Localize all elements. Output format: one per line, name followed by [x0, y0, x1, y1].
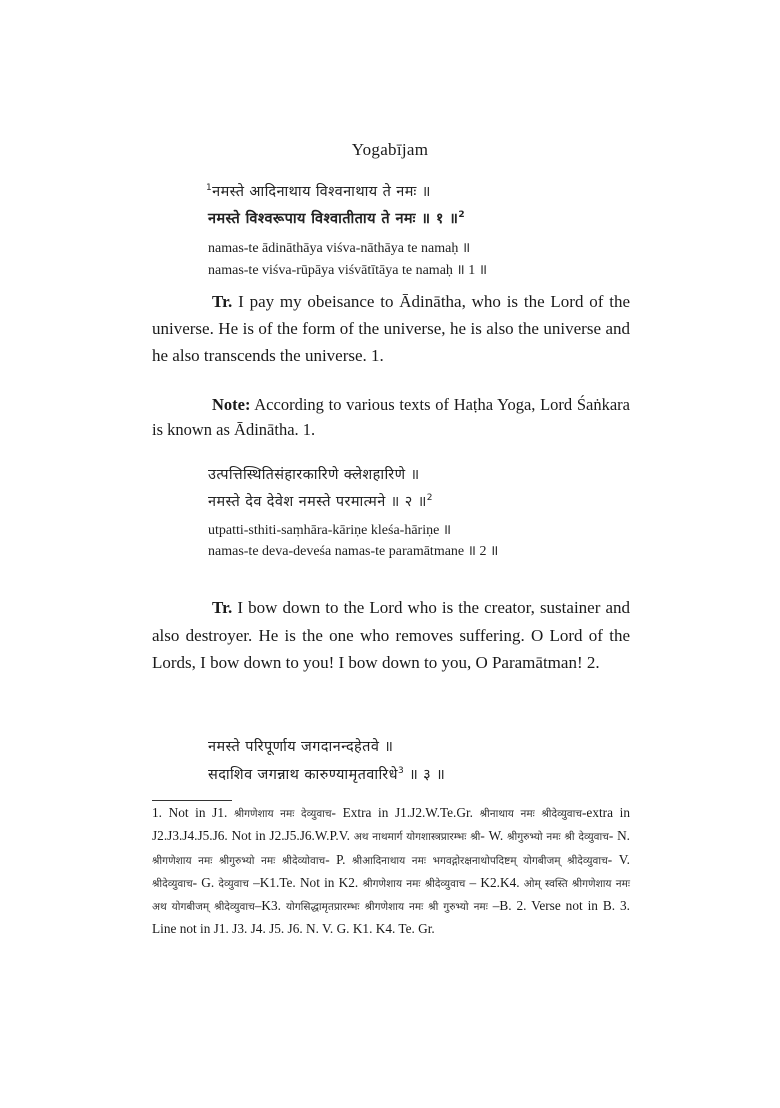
footnote-mark: 2 [458, 210, 465, 220]
verse1-devanagari-text2: नमस्ते विश्वरूपाय विश्वातीताय ते नमः ॥ १… [208, 211, 458, 227]
translation-lead: Tr. [212, 598, 232, 617]
translation-lead: Tr. [212, 292, 232, 311]
verse1-devanagari-text1: नमस्ते आदिनाथाय विश्वनाथाय ते नमः ॥ [212, 184, 431, 200]
verse1-devanagari-line1: 1नमस्ते आदिनाथाय विश्वनाथाय ते नमः ॥ [206, 181, 431, 201]
translation-2: Tr. I bow down to the Lord who is the cr… [152, 594, 630, 677]
book-page: Yogabījam 1नमस्ते आदिनाथाय विश्वनाथाय ते… [0, 0, 780, 1108]
verse1-devanagari-line2: नमस्ते विश्वरूपाय विश्वातीताय ते नमः ॥ १… [208, 208, 465, 228]
footnotes: 1. Not in J1. श्रीगणेशाय नमः देव्युवाच- … [152, 802, 630, 940]
footnote-devanagari-run: श्रीगणेशाय नमः श्रीगुरुभ्यो नमः श्रीदेव्… [152, 855, 325, 867]
footnote-text-run: - V. [608, 852, 630, 867]
footnote-devanagari-run: श्रीगुरुभ्यो नमः श्री देव्युवाच [507, 831, 609, 843]
verse3-devanagari-line2: सदाशिव जगन्नाथ कारुण्यामृतवारिधे3 ॥ ३ ॥ [208, 764, 445, 784]
footnote-devanagari-run: देव्युवाच [218, 878, 248, 890]
footnote-devanagari-run: श्रीनाथाय नमः श्रीदेव्युवाच [480, 808, 582, 820]
footnote-rule [152, 800, 232, 801]
verse3-devanagari-line1: नमस्ते परिपूर्णाय जगदानन्दहेतवे ॥ [208, 736, 393, 756]
verse3-devanagari-text2: सदाशिव जगन्नाथ कारुण्यामृतवारिधे [208, 767, 398, 783]
footnote-text-run: - N. [609, 828, 630, 843]
footnote-text-run: - W. [480, 828, 507, 843]
footnote-devanagari-run: श्रीगणेशाय नमः श्रीदेव्युवाच [362, 878, 465, 890]
verse2-devanagari-line2: नमस्ते देव देवेश नमस्ते परमात्मने ॥ २ ॥2 [208, 491, 433, 511]
footnote-devanagari-run: अथ नाथमार्ग योगशास्त्रप्रारम्भः श्री [354, 831, 481, 843]
translation-1: Tr. I pay my obeisance to Ādinātha, who … [152, 288, 630, 369]
footnote-text-run: –K1.Te. Not in K2. [249, 875, 363, 890]
running-head: Yogabījam [0, 140, 780, 160]
verse3-end-marker: ॥ ३ ॥ [404, 767, 445, 783]
footnote-text-run: –K3. [255, 898, 286, 913]
verse1-translit-line2: namas-te viśva-rūpāya viśvātītāya te nam… [208, 260, 487, 279]
footnote-devanagari-run: श्रीगणेशाय नमः देव्युवाच [234, 808, 332, 820]
verse1-translit-line1: namas-te ādināthāya viśva-nāthāya te nam… [208, 238, 470, 257]
footnote-text-run: - Extra in J1.J2.W.Te.Gr. [332, 805, 480, 820]
footnote-text-run: - P. [325, 852, 352, 867]
footnote-devanagari-run: योगसिद्धामृतप्रारम्भः श्रीगणेशाय नमः श्र… [286, 901, 488, 913]
verse2-translit-line2: namas-te deva-deveśa namas-te paramātman… [208, 541, 498, 560]
note-1: Note: According to various texts of Haṭh… [152, 392, 630, 442]
verse2-devanagari-text2: नमस्ते देव देवेश नमस्ते परमात्मने ॥ २ ॥ [208, 494, 427, 510]
footnote-mark: 2 [427, 493, 433, 503]
verse2-devanagari-line1: उत्पत्तिस्थितिसंहारकारिणे क्लेशहारिणे ॥ [208, 464, 420, 484]
footnote-text-run: – K2.K4. [465, 875, 523, 890]
verse2-translit-line1: utpatti-sthiti-saṃhāra-kāriṇe kleśa-hāri… [208, 520, 451, 539]
note-lead: Note: [212, 395, 250, 414]
footnote-text-run: - G. [193, 875, 219, 890]
footnote-devanagari-run: श्रीआदिनाथाय नमः भगवद्गोरक्षनाथोपदिष्टम्… [352, 855, 608, 867]
footnote-devanagari-run: श्रीदेव्युवाच [152, 878, 193, 890]
footnote-text-run: 1. Not in J1. [152, 805, 234, 820]
